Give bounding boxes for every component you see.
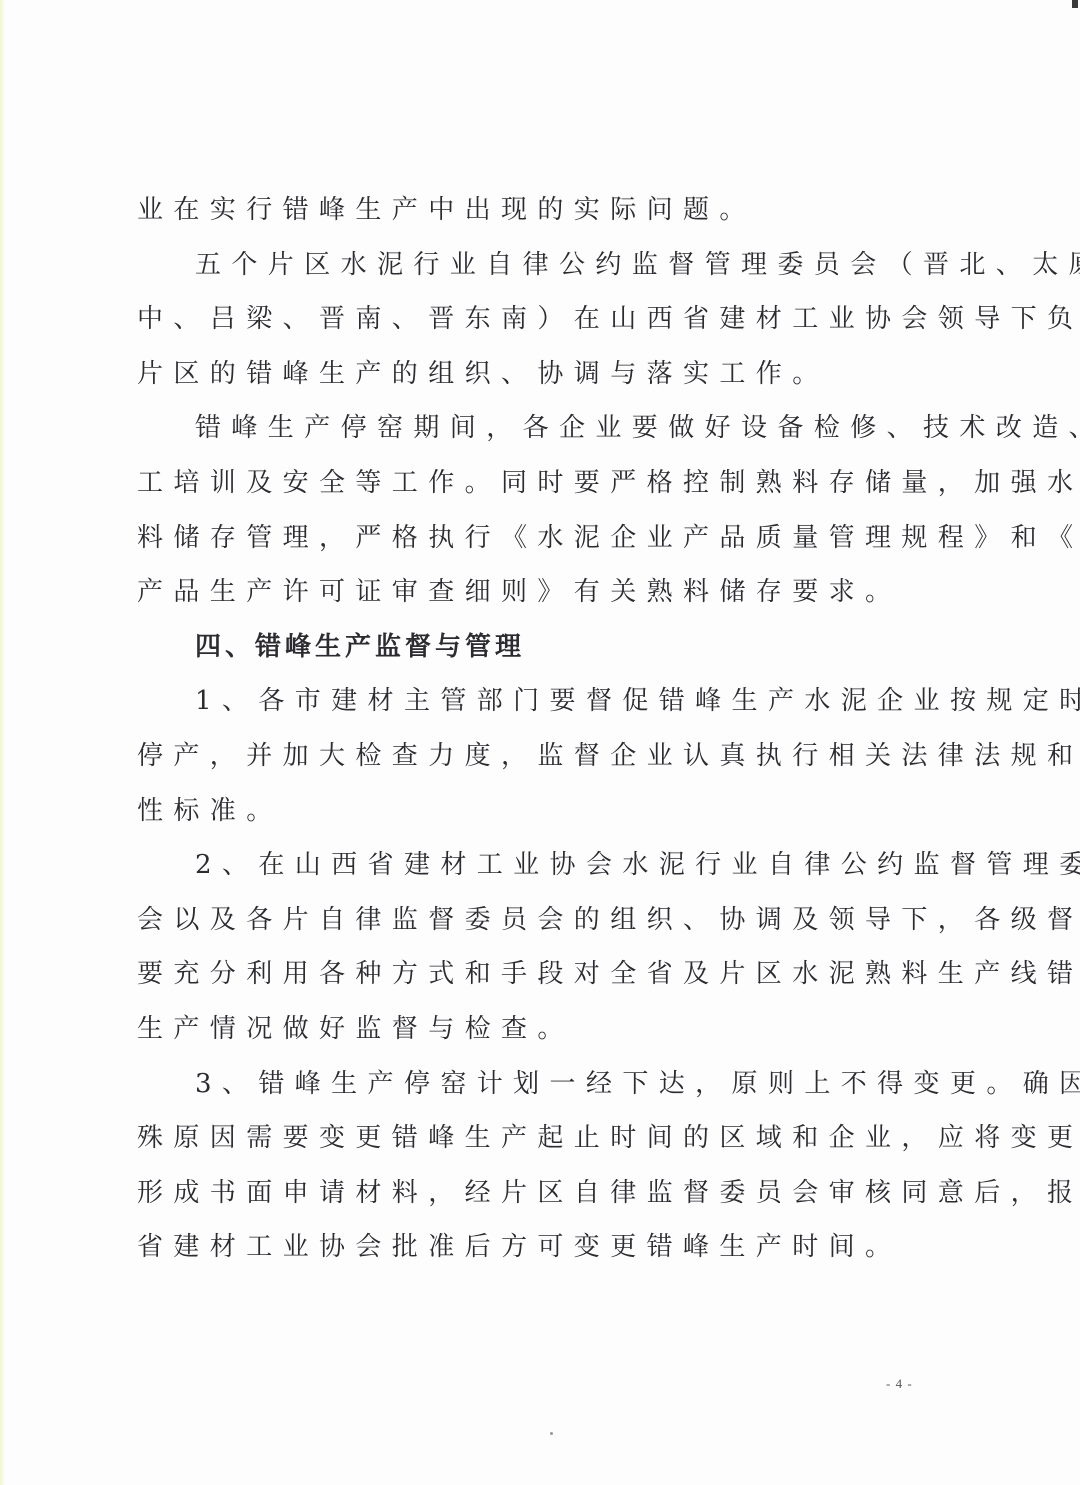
list-item-3-line: 殊原因需要变更错峰生产起止时间的区域和企业，应将变更理由 (137, 1111, 917, 1166)
list-item-1-line: 停产，并加大检查力度，监督企业认真执行相关法律法规和强制 (137, 729, 917, 784)
section-heading: 四、错峰生产监督与管理 (137, 620, 917, 675)
list-item-1-line: 性标准。 (137, 784, 917, 839)
paragraph-committees-line: 五个片区水泥行业自律公约监督管理委员会（晋北、太原晋 (137, 238, 917, 293)
list-item-1-line: 1、各市建材主管部门要督促错峰生产水泥企业按规定时间 (137, 674, 917, 729)
list-item-2-line: 会以及各片自律监督委员会的组织、协调及领导下，各级督察组 (137, 893, 917, 948)
paragraph-committees-line: 中、吕梁、晋南、晋东南）在山西省建材工业协会领导下负责本 (137, 292, 917, 347)
scan-corner-mark (1072, 0, 1078, 8)
paragraph-committees-line: 片区的错峰生产的组织、协调与落实工作。 (137, 347, 917, 402)
list-item-2-line: 2、在山西省建材工业协会水泥行业自律公约监督管理委员 (137, 838, 917, 893)
document-body: 业在实行错峰生产中出现的实际问题。 五个片区水泥行业自律公约监督管理委员会（晋北… (137, 183, 917, 1275)
paragraph-continuation-line: 业在实行错峰生产中出现的实际问题。 (137, 183, 917, 238)
paragraph-shutdown-line: 料储存管理，严格执行《水泥企业产品质量管理规程》和《水泥 (137, 511, 917, 566)
scan-page-edge (0, 0, 5, 1485)
paragraph-shutdown-line: 产品生产许可证审查细则》有关熟料储存要求。 (137, 565, 917, 620)
paragraph-shutdown-line: 错峰生产停窑期间，各企业要做好设备检修、技术改造、职 (137, 401, 917, 456)
list-item-3-line: 省建材工业协会批准后方可变更错峰生产时间。 (137, 1220, 917, 1275)
list-item-3-line: 3、错峰生产停窑计划一经下达，原则上不得变更。确因特 (137, 1057, 917, 1112)
list-item-3-line: 形成书面申请材料，经片区自律监督委员会审核同意后，报山西 (137, 1166, 917, 1221)
list-item-2-line: 生产情况做好监督与检查。 (137, 1002, 917, 1057)
page-number: - 4 - (886, 1376, 913, 1392)
paragraph-shutdown-line: 工培训及安全等工作。同时要严格控制熟料存储量，加强水泥熟 (137, 456, 917, 511)
scan-speck (550, 1432, 553, 1435)
list-item-2-line: 要充分利用各种方式和手段对全省及片区水泥熟料生产线错峰 (137, 947, 917, 1002)
